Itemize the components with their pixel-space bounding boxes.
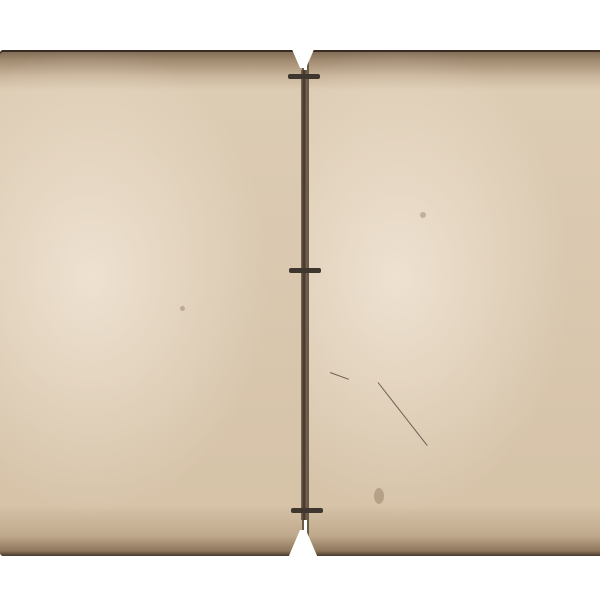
right-page — [307, 50, 600, 556]
staple-middle — [289, 268, 321, 273]
stain-spot — [420, 212, 426, 218]
staple-top — [288, 74, 320, 79]
spine-fold — [301, 70, 307, 520]
photo-stage — [0, 0, 600, 600]
left-page — [0, 50, 304, 556]
stain-spot — [374, 488, 384, 504]
staple-bottom — [291, 508, 323, 513]
stain-spot — [180, 306, 185, 311]
